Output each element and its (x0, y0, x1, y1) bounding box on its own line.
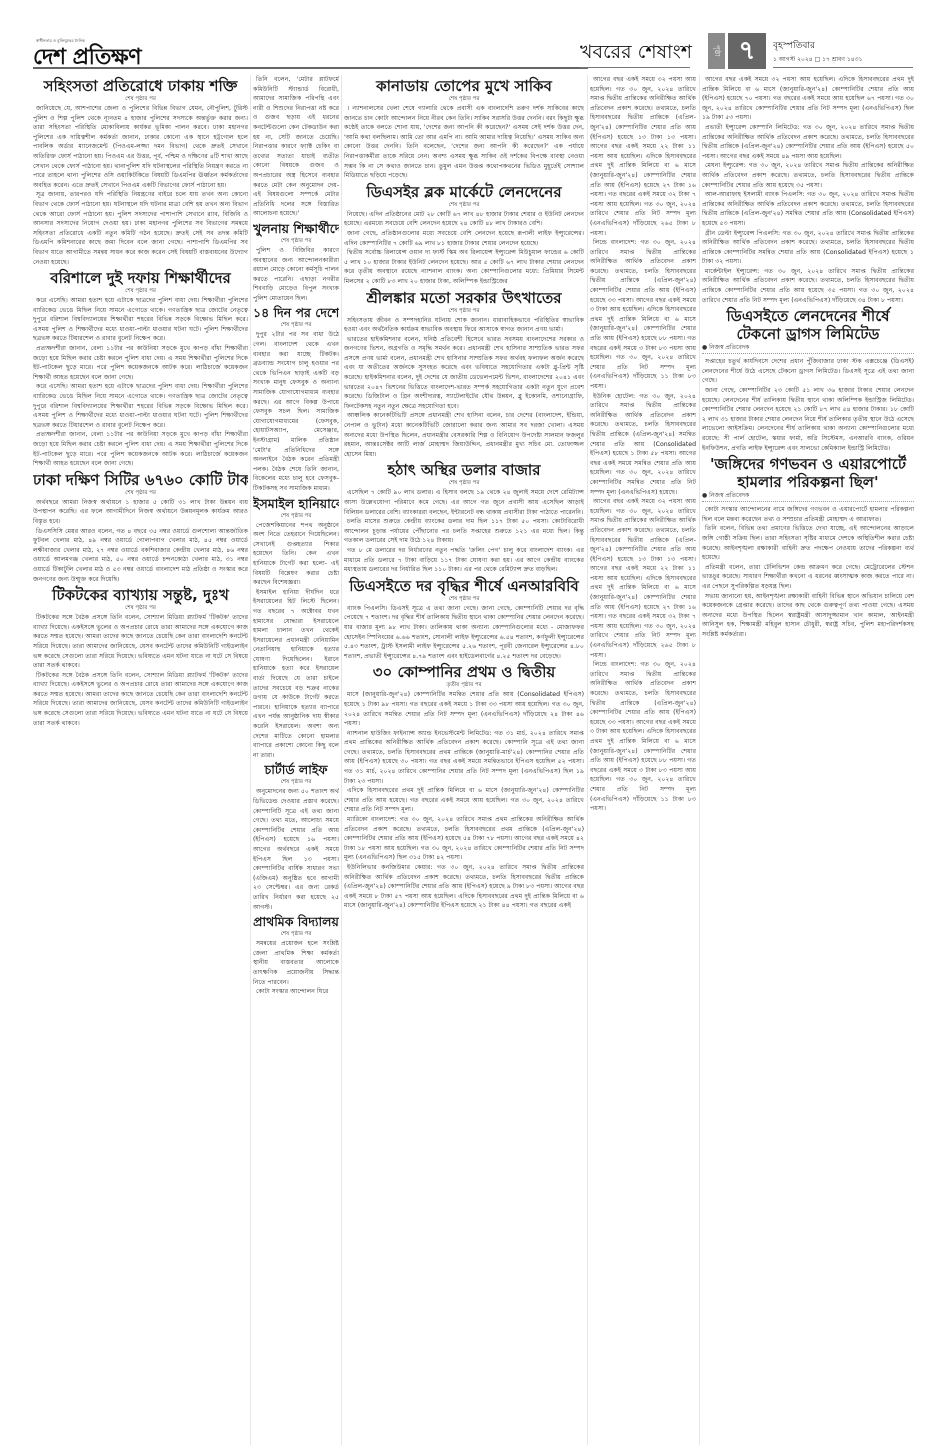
article-paragraph: পুলিশ ও বিজিবির কারণে অবস্থানের জন্য আন্… (253, 246, 339, 304)
article-30-companies-continued: আগের বছর একই সময়ে ৩২ পয়সা আয় হয়েছিল।… (590, 75, 696, 814)
article-paragraph: ইউনিক হোটেল: গত ৩০ জুন, ২০২৪ তারিখে সমাপ… (590, 392, 696, 498)
continued-label: শেষ পৃষ্ঠার পর (253, 778, 339, 786)
article-paragraph: টিকটকের সঙ্গে বৈঠক প্রসঙ্গে তিনি বলেন, স… (33, 613, 248, 671)
continued-label: শেষ পৃষ্ঠার পর (33, 95, 248, 103)
continued-label: শেষ পৃষ্ঠার পর (344, 201, 584, 209)
article-headline: ডিএসইতে লেনদেনের শীর্ষে টেকনো ড্রাগস লিম… (702, 307, 914, 343)
article-paragraph: মাসে (জানুয়ারি-জুন'২৪) কোম্পানিটির সমন্… (344, 690, 584, 728)
column-5: আগের বছর একই সময়ে ৩২ পয়সা আয় হয়েছিল।… (702, 75, 914, 1445)
byline: ● নিজস্ব প্রতিবেদক (702, 491, 914, 502)
article-khulna-students: খুলনায় শিক্ষার্থীদের শেষ পৃষ্ঠার পর পুল… (253, 221, 339, 304)
issue-day: বৃহস্পতিবার (773, 38, 815, 53)
article-paragraph: প্রভাতী ইন্স্যুরেন্স কোম্পানি লিমিটেড: গ… (702, 123, 914, 161)
page-label: পৃষ্ঠা (708, 33, 725, 69)
article-paragraph: ইউনিলিভার কনজিউমার কেয়ার: গত ৩০ জুন, ২০… (344, 863, 584, 911)
continued-label: শেষ পৃষ্ঠার পর (253, 512, 339, 520)
masthead: স্বাধীনতার ও মুক্তিযুদ্ধের দৈনিক দেশ প্র… (0, 0, 945, 70)
column-divider (699, 75, 700, 1445)
article-paragraph: মেঘনা ইন্স্যুরেন্স: গত ৩০ জুন, ২০২৪ তারি… (702, 161, 914, 190)
article-paragraph: এদিকে হিসাববছরের প্রথম দুই প্রান্তিক মিল… (344, 786, 584, 815)
continued-label: শেষ পৃষ্ঠার পর (33, 287, 248, 295)
article-paragraph: । ন্যাশনালসের খেলা শেষে গ্যালারি থেকে প্… (344, 104, 584, 181)
continued-label: শেষ পৃষ্ঠার পর (253, 321, 339, 329)
byline: ● নিজস্ব প্রতিবেদক (702, 343, 914, 354)
article-chartered-life: চার্টার্ড লাইফ শেষ পৃষ্ঠার পর অনুমোদনের … (253, 762, 339, 912)
article-paragraph: সপ্তাহের চতুর্থ কার্যদিবসে দেশের প্রধান … (702, 357, 914, 386)
article-headline: ঢাকা দক্ষিণ সিটির ৬৭৬০ কোটি টাকার বাজেট … (33, 471, 248, 489)
article-headline: 'জঙ্গিদের গণভবন ও এয়ারপোর্টে হামলার পরি… (702, 455, 914, 491)
article-paragraph: এসেছিল ৭ কোটি ৯০ লাখ ডলার। এ হিসাব বলছে … (344, 488, 584, 517)
continued-label: শেষ পৃষ্ঠার পর (253, 930, 339, 938)
article-ismail-haniyeh: ইসমাইল হানিয়াকে শেষ পৃষ্ঠার পর পেজেশকিয… (253, 496, 339, 761)
article-paragraph: প্রত্যক্ষদর্শীরা জানান, বেলা ১১টার পর কা… (33, 344, 248, 382)
column-1: সহিংসতা প্রতিরোধে ঢাকায় শক্তি শেষ পৃষ্ঠ… (33, 75, 248, 1445)
issue-date: ১ আগস্ট ২০২৪ □ ১৭ শ্রাবণ ১৪৩১ (773, 54, 862, 65)
article-headline: বরিশালে দুই দফায় শিক্ষার্থীদের (33, 269, 248, 287)
article-paragraph: আগের বছর একই সময়ে ৩২ পয়সা আয় হয়েছিল।… (590, 75, 696, 238)
article-dse-block-market: ডিএসইর ব্লক মার্কেটে লেনদেনের শেষ পৃষ্ঠা… (344, 183, 584, 287)
article-financial-reports: আগের বছর একই সময়ে ৩২ পয়সা আয় হয়েছিল।… (702, 75, 914, 305)
article-30-companies: ৩০ কোম্পানির প্রথম ও দ্বিতীয় তৃতীয় পৃষ… (344, 663, 584, 911)
continued-label: তৃতীয় পৃষ্ঠার পর (344, 681, 584, 689)
article-headline: প্রাথমিক বিদ্যালয় (253, 914, 339, 930)
column-2: তিনি বলেন, 'মেটার প্লাটফর্মে কমিউনিটি স্… (253, 75, 339, 1445)
masthead-divider (33, 67, 588, 69)
byline-text: নিজস্ব প্রতিবেদক (709, 492, 749, 499)
article-dse-gainers: ডিএসইতে দর বৃদ্ধির শীর্ষে এনআরবিবি শেষ প… (344, 577, 584, 662)
continued-label: শেষ পৃষ্ঠার পর (344, 95, 584, 103)
article-paragraph: লিন্ডে বাংলাদেশ: গত ৩০ জুন, ২০২৪ তারিখে … (590, 238, 696, 392)
article-headline: চার্টার্ড লাইফ (253, 762, 339, 778)
article-paragraph: জানা গেছে, প্রতিষ্ঠানগুলোর মধ্যে সবচেয়ে… (344, 229, 584, 248)
article-tiktok: টিকটকের ব্যাখ্যায় সন্তুষ্ট, দুঃখ শেষ পৃ… (33, 586, 248, 728)
continued-label: শেষ পৃষ্ঠার পর (344, 595, 584, 603)
article-headline: ১৪ দিন পর দেশে (253, 305, 339, 321)
page-number: ৭ (728, 33, 766, 69)
article-paragraph: প্রতিমন্ত্রী বলেন, তারা টেলিভিশন কেন্দ্র… (702, 563, 914, 592)
section-title: খবরের শেষাংশ (580, 38, 692, 70)
article-violence-prevention: সহিংসতা প্রতিরোধে ঢাকায় শক্তি শেষ পৃষ্ঠ… (33, 77, 248, 267)
byline-text: নিজস্ব প্রতিবেদক (709, 344, 749, 351)
article-paragraph: নিয়েছে। এদিন প্রতিষ্ঠানের মোট ২৮ কোটি ৬… (344, 210, 584, 229)
article-headline: খুলনায় শিক্ষার্থীদের (253, 221, 339, 237)
article-paragraph: মার্কেন্টাইল ইন্স্যুরেন্স: গত ৩০ জুন, ২০… (702, 267, 914, 305)
article-headline: ৩০ কোম্পানির প্রথম ও দ্বিতীয় (344, 663, 584, 681)
article-paragraph: জানিয়েছে যে, আশপাশের জেলা ও পুলিশের বিভ… (33, 104, 248, 190)
article-dollar-market: হঠাৎ অস্থির ডলার বাজার শেষ পৃষ্ঠার পর এস… (344, 461, 584, 574)
article-paragraph: আল-আরাফাহ ইসলামী ব্যাংক পিএলসি: গত ৩০ জু… (702, 190, 914, 228)
article-paragraph: আগের বছর একই সময়ে ৩২ পয়সা আয় হয়েছিল।… (702, 75, 914, 123)
article-paragraph: তিনি বলেন, বিভিন্ন তথ্য প্রমাণের ভিত্তিত… (702, 524, 914, 562)
article-paragraph: আগের বছর একই সময়ে ৩২ পয়সা আয় হয়েছিল।… (590, 497, 696, 660)
article-paragraph: কোটা সংস্কার আন্দোলন ঘিরে (253, 987, 339, 997)
article-headline: ডিএসইর ব্লক মার্কেটে লেনদেনের (344, 183, 584, 201)
article-paragraph: প্রত্যক্ষদর্শীরা জানান, বেলা ১১টার পর কা… (33, 430, 248, 468)
article-headline: শ্রীলঙ্কার মতো সরকার উৎখাতের (344, 289, 584, 307)
section-divider (580, 67, 690, 68)
article-srilanka-govt: শ্রীলঙ্কার মতো সরকার উৎখাতের শেষ পৃষ্ঠার… (344, 289, 584, 460)
column-divider (341, 75, 342, 1445)
article-paragraph: দুপুর ২টার পর সব বাধা উঠে গেল। বাংলাদেশ … (253, 330, 339, 493)
column-4: আগের বছর একই সময়ে ৩২ পয়সা আয় হয়েছিল।… (590, 75, 696, 1445)
article-headline: কানাডায় তোপের মুখে সাকিব (344, 77, 584, 95)
article-dscc-budget: ঢাকা দক্ষিণ সিটির ৬৭৬০ কোটি টাকার বাজেট … (33, 471, 248, 584)
article-headline: ডিএসইতে দর বৃদ্ধির শীর্ষে এনআরবিবি (344, 577, 584, 595)
column-divider (587, 75, 588, 1445)
article-techno-drugs: ডিএসইতে লেনদেনের শীর্ষে টেকনো ড্রাগস লিম… (702, 307, 914, 453)
article-paragraph: সভায় জানানো হয়, আইনশৃঙ্খলা রক্ষাকারী ব… (702, 592, 914, 640)
article-paragraph: অর্থবছরে আমরা নিজস্ব অর্থায়নে ১ হাজার ৫… (33, 498, 248, 527)
article-barishal-students: বরিশালে দুই দফায় শিক্ষার্থীদের শেষ পৃষ্… (33, 269, 248, 469)
newspaper-logo: দেশ প্রতিক্ষণ (33, 40, 141, 77)
continued-label: শেষ পৃষ্ঠার পর (33, 489, 248, 497)
article-paragraph: আঞ্চলিক কানেকটিভিটি প্রসঙ্গে প্রধানমন্ত্… (344, 411, 584, 459)
article-paragraph: পেজেশকিয়ানের শপথ অনুষ্ঠানে অংশ নিতে তেহ… (253, 521, 339, 588)
article-paragraph: চলতি মাসের শুরুতে কেন্দ্রীয় ব্যাংকের ডল… (344, 517, 584, 546)
article-primary-school: প্রাথমিক বিদ্যালয় শেষ পৃষ্ঠার পর সমন্বয… (253, 914, 339, 997)
article-paragraph: দ্বিতীয় সর্বোচ্চ রিলায়েন্স ওয়ান দ্য ফ… (344, 248, 584, 286)
article-shakib-canada: কানাডায় তোপের মুখে সাকিব শেষ পৃষ্ঠার পর… (344, 77, 584, 181)
article-paragraph: টিকটকের সঙ্গে বৈঠক প্রসঙ্গে তিনি বলেন, স… (33, 671, 248, 729)
column-divider (250, 75, 251, 1445)
continued-label: শেষ পৃষ্ঠার পর (33, 604, 248, 612)
continued-label: শেষ পৃষ্ঠার পর (344, 307, 584, 315)
article-paragraph: ন্যাশনাল হাউজিং ফাইন্যান্স অ্যান্ড ইনভেস… (344, 729, 584, 787)
article-headline: টিকটকের ব্যাখ্যায় সন্তুষ্ট, দুঃখ (33, 586, 248, 604)
continued-label: শেষ পৃষ্ঠার পর (253, 237, 339, 245)
article-paragraph: ডিএসসিসি মেয়র আরও বলেন, গত ৪ বছরে ৩৫ নম… (33, 527, 248, 585)
article-paragraph: সহিংসতায় জীবন ও সম্পদহানির ঘটনায় শোক জ… (344, 316, 584, 335)
article-headline: ইসমাইল হানিয়াকে (253, 496, 339, 512)
article-militant-plan: 'জঙ্গিদের গণভবন ও এয়ারপোর্টে হামলার পরি… (702, 455, 914, 639)
article-paragraph: জানা গেছে, কোম্পানিটির ২৩ কোটি ৫১ লাখ ৩৬… (702, 386, 914, 453)
article-headline: সহিংসতা প্রতিরোধে ঢাকায় শক্তি (33, 77, 248, 95)
date-divider (773, 67, 913, 68)
continued-label: শেষ পৃষ্ঠার পর (344, 479, 584, 487)
column-3: কানাডায় তোপের মুখে সাকিব শেষ পৃষ্ঠার পর… (344, 75, 584, 1445)
article-paragraph: ম্যারিকো বাংলাদেশ: গত ৩০ জুন, ২০২৪ তারিখ… (344, 815, 584, 863)
article-paragraph: করে এসেছি। আমরা হতাশ হয়ে এটাকে ছাত্রদের… (33, 296, 248, 344)
article-14-days: ১৪ দিন পর দেশে শেষ পৃষ্ঠার পর দুপুর ২টার… (253, 305, 339, 493)
article-paragraph: ইসমাইল হানিয়া দীর্ঘদিন ধরে ইসরায়েলের হ… (253, 588, 339, 761)
article-paragraph: ভারতের হাইকমিশনার বলেন, ঘনিষ্ঠ প্রতিবেশী… (344, 335, 584, 412)
article-paragraph: অনুমোদনের জন্য ৫০ শতাংশ অর্থ ডিভিডেন্ড দ… (253, 787, 339, 912)
article-paragraph: সমন্বয়ের প্রয়োজন হলে সংশ্লিষ্ট জেলা প্… (253, 939, 339, 987)
article-paragraph: গ্রীন ডেল্টা ইন্স্যুরেন্স পিএলসি: গত ৩০ … (702, 229, 914, 267)
article-paragraph: গত ৮ মে ডলারের দর নির্ধারণের নতুন পদ্ধতি… (344, 546, 584, 575)
article-paragraph: ব্যাংক পিএলসি। ডিএসই সূত্রে এ তথ্য জানা … (344, 604, 584, 662)
article-paragraph: করে এসেছি। আমরা হতাশ হয়ে এটাকে ছাত্রদের… (33, 382, 248, 430)
article-paragraph: কোটা সংস্কার আন্দোলনের নামে জঙ্গিদের গণভ… (702, 505, 914, 524)
article-paragraph: লিন্ডে বাংলাদেশ: গত ৩০ জুন, ২০২৪ তারিখে … (590, 660, 696, 814)
article-paragraph: তিনি বলেন, 'মেটার প্লাটফর্মে কমিউনিটি স্… (253, 75, 339, 219)
article-headline: হঠাৎ অস্থির ডলার বাজার (344, 461, 584, 479)
article-meta-continued: তিনি বলেন, 'মেটার প্লাটফর্মে কমিউনিটি স্… (253, 75, 339, 219)
article-paragraph: সূত্র জানায়, তারপরও যদি পরিস্থিতি নিয়ন… (33, 190, 248, 267)
